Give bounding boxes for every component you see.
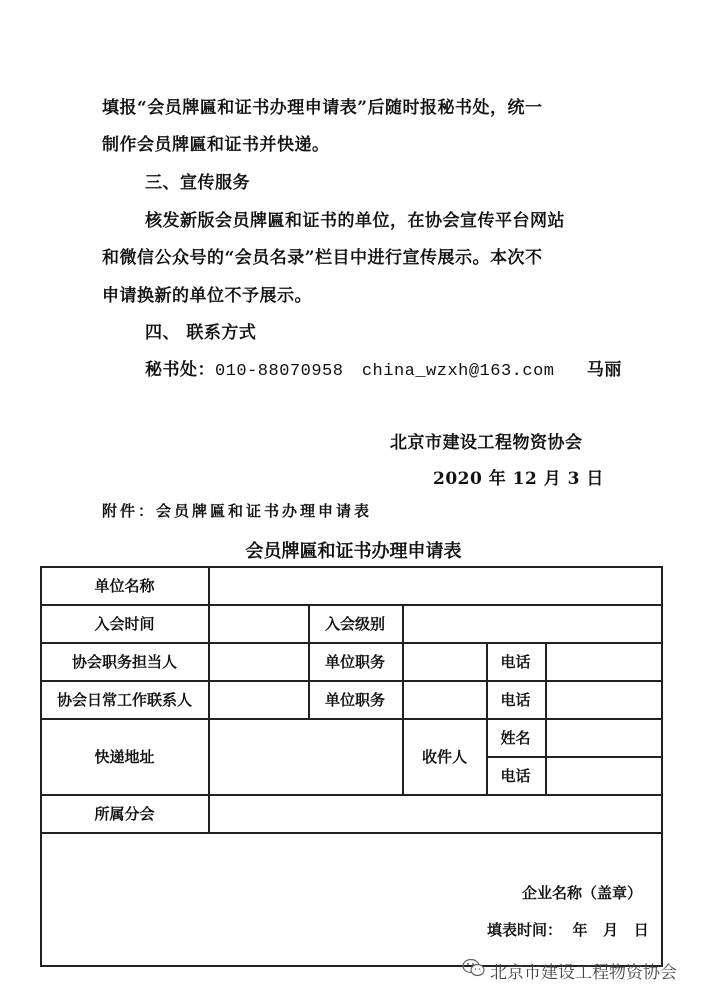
label-unit-position: 单位职务	[308, 680, 402, 718]
wechat-icon	[462, 958, 486, 983]
contact-phone: 010-88070958	[215, 362, 343, 381]
join-level-field[interactable]	[403, 604, 662, 642]
company-seal-label: 企业名称（盖章）	[522, 882, 642, 903]
watermark: 北京市建设工程物资协会	[462, 958, 677, 983]
contact-label: 秘书处：	[145, 360, 215, 380]
join-time-field[interactable]	[209, 604, 308, 642]
label-recipient-phone: 电话	[486, 756, 545, 794]
unit-position-field[interactable]	[403, 680, 486, 718]
contact-name: 马丽	[587, 360, 622, 380]
duty-person-field[interactable]	[209, 642, 308, 680]
section-heading: 三、宣传服务	[145, 168, 250, 193]
unit-name-field[interactable]	[209, 566, 662, 604]
label-join-level: 入会级别	[308, 604, 402, 642]
label-phone: 电话	[486, 642, 545, 680]
paragraph-line: 申请换新的单位不予展示。	[102, 281, 312, 306]
attachment-note: 附件：会员牌匾和证书办理申请表	[102, 500, 372, 521]
table-rule	[41, 832, 662, 834]
recipient-name-field[interactable]	[546, 718, 662, 756]
unit-position-field[interactable]	[403, 642, 486, 680]
fill-date-label: 填表时间： 年 月 日	[487, 919, 649, 940]
label-join-time: 入会时间	[41, 604, 208, 642]
label-recipient-name: 姓名	[486, 718, 545, 756]
label-daily-contact: 协会日常工作联系人	[41, 680, 208, 718]
label-express-address: 快递地址	[41, 718, 208, 794]
paragraph-line: 和微信公众号的“会员名录”栏目中进行宣传展示。本次不	[102, 243, 543, 268]
label-unit-name: 单位名称	[41, 566, 208, 604]
phone-field[interactable]	[546, 642, 662, 680]
daily-contact-field[interactable]	[209, 680, 308, 718]
signature-org: 北京市建设工程物资协会	[390, 428, 583, 453]
label-recipient: 收件人	[403, 718, 486, 794]
paragraph-line: 制作会员牌匾和证书并快递。	[102, 130, 330, 155]
phone-field[interactable]	[546, 680, 662, 718]
section-heading: 四、 联系方式	[145, 318, 256, 343]
recipient-phone-field[interactable]	[546, 756, 662, 794]
contact-line: 秘书处：010-88070958 china_wzxh@163.com 马丽	[145, 355, 622, 381]
label-duty-person: 协会职务担当人	[41, 642, 208, 680]
express-address-field[interactable]	[209, 718, 402, 794]
signature-date: 2020 年 12 月 3 日	[433, 464, 604, 489]
contact-email: china_wzxh@163.com	[362, 362, 555, 381]
label-unit-position: 单位职务	[308, 642, 402, 680]
branch-field[interactable]	[209, 794, 662, 832]
watermark-text: 北京市建设工程物资协会	[490, 958, 677, 983]
label-phone: 电话	[486, 680, 545, 718]
form-title: 会员牌匾和证书办理申请表	[0, 537, 707, 563]
paragraph-line: 填报“会员牌匾和证书办理申请表”后随时报秘书处，统一	[102, 93, 543, 118]
paragraph-line: 核发新版会员牌匾和证书的单位，在协会宣传平台网站	[145, 206, 565, 231]
label-branch: 所属分会	[41, 794, 208, 832]
